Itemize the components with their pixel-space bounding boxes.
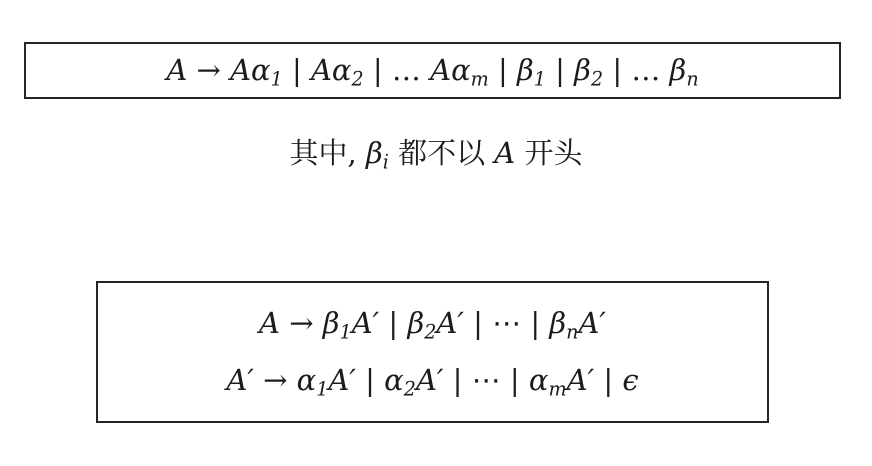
page-canvas: A → Aα1 | Aα2 | … Aαm | β1 | β2 | … βn 其… [0,0,872,466]
caption-beta-condition: 其中, βi 都不以 A 开头 [0,131,872,175]
formula-transformed-a-prime-productions: A′ → α1A′ | α2A′ | ⋯ | αmA′ | ϵ [226,363,638,398]
grammar-box-transformed: A → β1A′ | β2A′ | ⋯ | βnA′ A′ → α1A′ | α… [96,281,769,423]
formula-transformed-a-productions: A → β1A′ | β2A′ | ⋯ | βnA′ [259,306,606,341]
grammar-box-left-recursive: A → Aα1 | Aα2 | … Aαm | β1 | β2 | … βn [24,42,841,99]
formula-left-recursive-grammar: A → Aα1 | Aα2 | … Aαm | β1 | β2 | … βn [166,53,698,88]
